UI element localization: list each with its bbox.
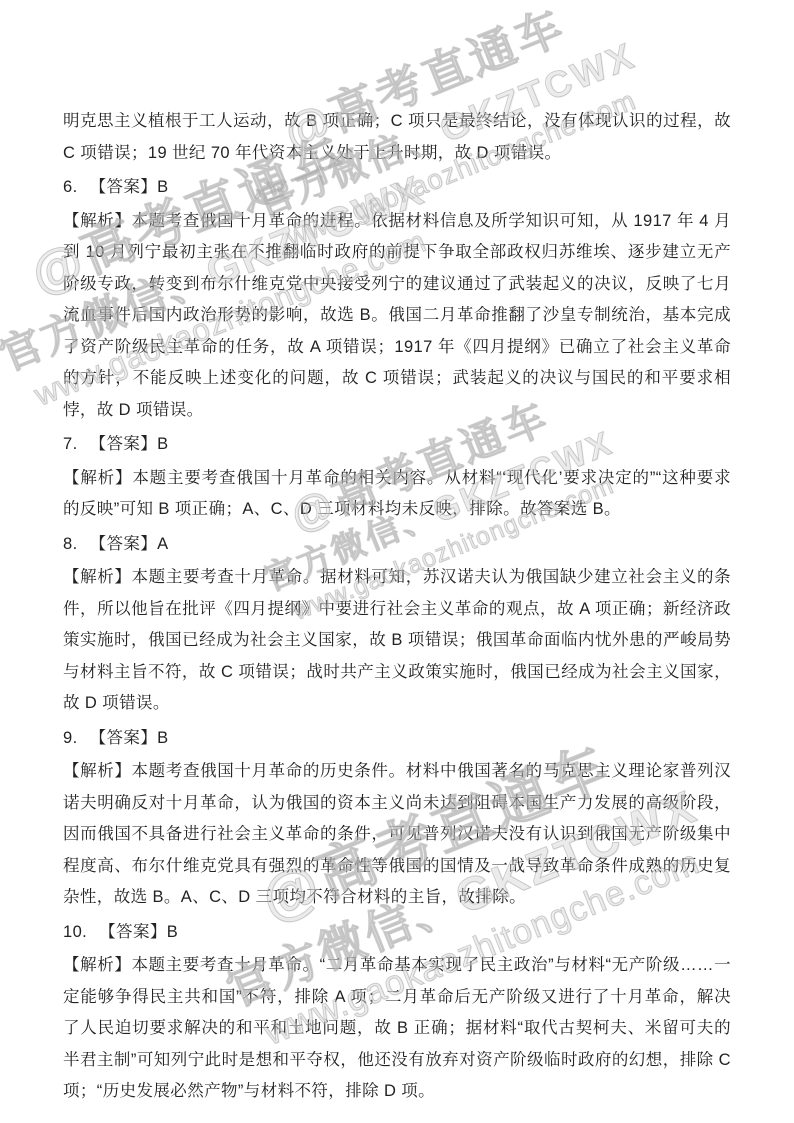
answer-letter: B: [157, 178, 168, 196]
answer-label: 【答案】: [90, 435, 158, 453]
analysis-label: 【解析】: [63, 762, 132, 780]
analysis-text: 本题考查俄国十月革命的历史条件。材料中俄国著名的马克思主义理论家普列汉诺夫明确反…: [63, 762, 731, 906]
question-number: 9.: [63, 729, 78, 747]
analysis-q9: 【解析】本题考查俄国十月革命的历史条件。材料中俄国著名的马克思主义理论家普列汉诺…: [63, 756, 731, 914]
paragraph-continuation: 明克思主义植根于工人运动，故 B 项正确；C 项只是最终结论，没有体现认识的过程…: [63, 106, 731, 169]
question-number: 7.: [63, 435, 78, 453]
analysis-label: 【解析】: [63, 568, 132, 586]
answer-letter: B: [167, 923, 178, 941]
answer-label: 【答案】: [99, 923, 167, 941]
analysis-label: 【解析】: [63, 469, 132, 487]
analysis-q10: 【解析】本题主要考查十月革命。“二月革命基本实现了民主政治”与材料“无产阶级………: [63, 950, 731, 1108]
answer-line-q9: 9.【答案】B: [63, 723, 731, 755]
answer-line-q8: 8.【答案】A: [63, 529, 731, 561]
analysis-text: 本题主要考查十月革命。据材料可知，苏汉诺夫认为俄国缺少建立社会主义的条件，所以他…: [63, 568, 731, 712]
analysis-q8: 【解析】本题主要考查十月革命。据材料可知，苏汉诺夫认为俄国缺少建立社会主义的条件…: [63, 562, 731, 720]
analysis-q7: 【解析】本题主要考查俄国十月革命的相关内容。从材料“‘现代化’要求决定的”“这种…: [63, 463, 731, 526]
answer-letter: A: [157, 535, 168, 553]
answer-label: 【答案】: [90, 729, 158, 747]
answer-line-q7: 7.【答案】B: [63, 429, 731, 461]
question-number: 8.: [63, 535, 78, 553]
answer-label: 【答案】: [90, 535, 158, 553]
document-page: 明克思主义植根于工人运动，故 B 项正确；C 项只是最终结论，没有体现认识的过程…: [0, 0, 794, 1123]
analysis-q6: 【解析】本题考查俄国十月革命的进程。依据材料信息及所学知识可知，从 1917 年…: [63, 206, 731, 427]
answer-line-q6: 6.【答案】B: [63, 172, 731, 204]
analysis-text: 本题考查俄国十月革命的进程。依据材料信息及所学知识可知，从 1917 年 4 月…: [63, 212, 731, 419]
answer-letter: B: [157, 729, 168, 747]
answer-letter: B: [157, 435, 168, 453]
analysis-text: 本题主要考查俄国十月革命的相关内容。从材料“‘现代化’要求决定的”“这种要求的反…: [63, 469, 731, 519]
answer-line-q10: 10.【答案】B: [63, 917, 731, 949]
answer-label: 【答案】: [90, 178, 158, 196]
analysis-label: 【解析】: [63, 956, 131, 974]
question-number: 10.: [63, 923, 87, 941]
question-number: 6.: [63, 178, 78, 196]
analysis-text: 本题主要考查十月革命。“二月革命基本实现了民主政治”与材料“无产阶级……一定能够…: [63, 956, 731, 1100]
analysis-label: 【解析】: [63, 212, 132, 230]
answer-key-content: 明克思主义植根于工人运动，故 B 项正确；C 项只是最终结论，没有体现认识的过程…: [0, 0, 794, 1108]
